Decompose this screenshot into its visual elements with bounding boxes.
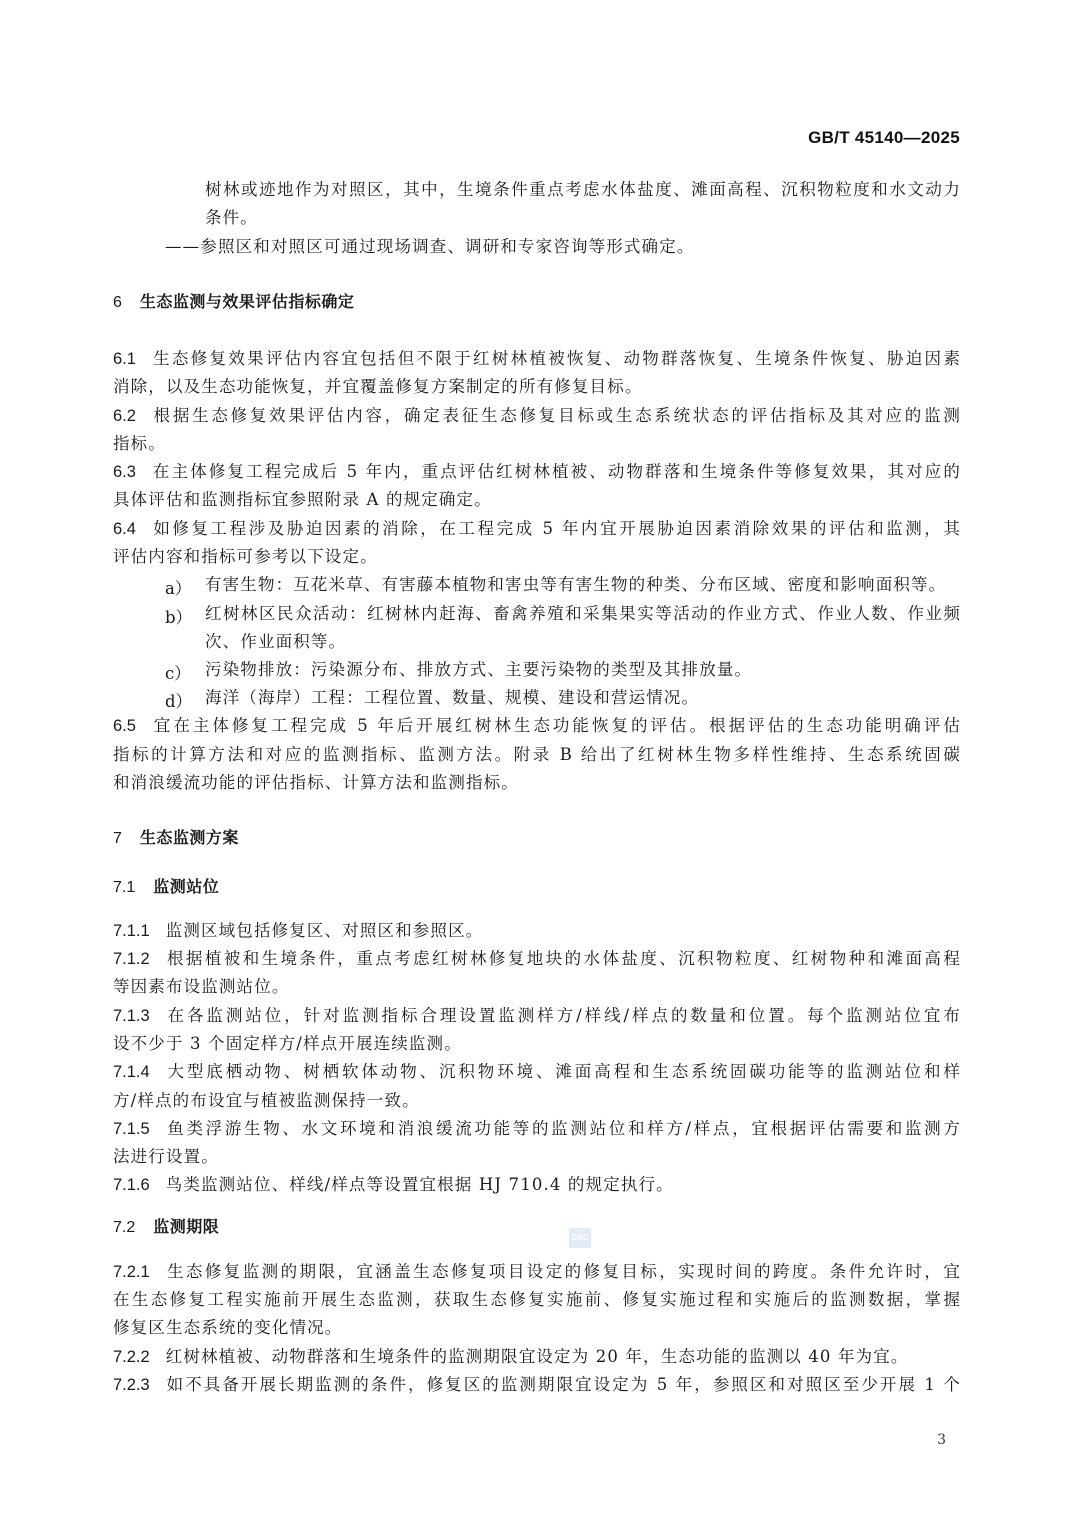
clause-number: 7.1.3 [113, 1007, 150, 1025]
section-heading: 6生态监测与效果评估指标确定 [113, 292, 354, 313]
paragraph-line: 在生态修复工程实施前开展生态监测，获取生态修复实施前、修复实施过程和实施后的监测… [113, 1290, 961, 1310]
section-number: 6 [113, 294, 122, 311]
section-title: 生态监测与效果评估指标确定 [140, 292, 355, 311]
paragraph-line: 方/样点的布设宜与植被监测保持一致。 [113, 1091, 420, 1111]
paragraph-line: 消除，以及生态功能恢复，并宜覆盖修复方案制定的所有修复目标。 [113, 377, 643, 397]
clause-6-2: 6.2根据生态修复效果评估内容，确定表征生态修复目标或生态系统状态的评估指标及其… [113, 406, 961, 426]
clause-text: 如修复工程涉及胁迫因素的消除，在工程完成 5 年内宜开展胁迫因素消除效果的评估和… [152, 519, 961, 538]
clause-7-1-4: 7.1.4大型底栖动物、树栖软体动物、沉积物环境、滩面高程和生态系统固碳功能等的… [113, 1062, 961, 1082]
subsection-heading: 7.2监测期限 [113, 1217, 219, 1238]
paragraph-line: 条件。 [205, 208, 258, 228]
clause-6-5: 6.5宜在主体修复工程完成 5 年后开展红树林生态功能恢复的评估。根据评估的生态… [113, 716, 961, 736]
list-marker: c） [165, 660, 191, 684]
clause-text: 生态修复监测的期限，宜涵盖生态修复项目设定的修复目标，实现时间的跨度。条件允许时… [166, 1262, 961, 1281]
clause-number: 6.1 [113, 350, 136, 368]
paragraph-line: 修复区生态系统的变化情况。 [113, 1318, 342, 1338]
clause-7-2-3: 7.2.3如不具备开展长期监测的条件，修复区的监测期限宜设定为 5 年，参照区和… [113, 1375, 961, 1395]
clause-6-1: 6.1生态修复效果评估内容宜包括但不限于红树林植被恢复、动物群落恢复、生境条件恢… [113, 349, 961, 369]
clause-7-2-2: 7.2.2红树林植被、动物群落和生境条件的监测期限宜设定为 20 年，生态功能的… [113, 1347, 909, 1367]
paragraph-line: 评估内容和指标可参考以下设定。 [113, 547, 378, 567]
clause-number: 7.2.1 [113, 1263, 150, 1281]
clause-text: 监测区域包括修复区、对照区和参照区。 [166, 921, 484, 940]
standard-code: GB/T 45140—2025 [808, 128, 960, 148]
clause-number: 6.5 [113, 717, 136, 735]
sac-watermark-logo: SAC [569, 1228, 591, 1248]
list-marker: a） [165, 575, 191, 599]
paragraph-line: 树林或迹地作为对照区，其中，生境条件重点考虑水体盐度、滩面高程、沉积物粒度和水文… [205, 180, 961, 200]
clause-text: 根据植被和生境条件，重点考虑红树林修复地块的水体盐度、沉积物粒度、红树物种和滩面… [166, 949, 961, 968]
document-page: GB/T 45140—2025 树林或迹地作为对照区，其中，生境条件重点考虑水体… [0, 0, 1074, 1520]
clause-text: 鱼类浮游生物、水文环境和消浪缓流功能等的监测站位和样方/样点，宜根据评估需要和监… [166, 1119, 961, 1138]
list-item-text: 污染物排放：污染源分布、排放方式、主要污染物的类型及其排放量。 [205, 660, 752, 680]
clause-text: 大型底栖动物、树栖软体动物、沉积物环境、滩面高程和生态系统固碳功能等的监测站位和… [166, 1062, 961, 1081]
clause-7-1-3: 7.1.3在各监测站位，针对监测指标合理设置监测样方/样线/样点的数量和位置。每… [113, 1006, 961, 1026]
clause-number: 7.2.3 [113, 1376, 150, 1394]
clause-7-1-1: 7.1.1监测区域包括修复区、对照区和参照区。 [113, 921, 483, 941]
dash-list-item: ——参照区和对照区可通过现场调查、调研和专家咨询等形式确定。 [165, 237, 695, 257]
section-heading: 7生态监测方案 [113, 828, 239, 849]
subsection-number: 7.1 [113, 879, 135, 896]
clause-number: 7.2.2 [113, 1348, 150, 1366]
clause-text: 如不具备开展长期监测的条件，修复区的监测期限宜设定为 5 年，参照区和对照区至少… [166, 1375, 961, 1394]
clause-6-3: 6.3在主体修复工程完成后 5 年内，重点评估红树林植被、动物群落和生境条件等修… [113, 462, 961, 482]
clause-number: 7.1.4 [113, 1063, 150, 1081]
clause-number: 7.1.6 [113, 1176, 150, 1194]
clause-7-2-1: 7.2.1生态修复监测的期限，宜涵盖生态修复项目设定的修复目标，实现时间的跨度。… [113, 1262, 961, 1282]
subsection-heading: 7.1监测站位 [113, 877, 219, 898]
paragraph-line: 等因素布设监测站位。 [113, 977, 290, 997]
list-item-text: 红树林区民众活动：红树林内赶海、畜禽养殖和采集果实等活动的作业方式、作业人数、作… [205, 604, 961, 624]
list-marker: b） [165, 604, 192, 628]
paragraph-line: 指标的计算方法和对应的监测指标、监测方法。附录 B 给出了红树林生物多样性维持、… [113, 745, 961, 765]
clause-text: 鸟类监测站位、样线/样点等设置宜根据 HJ 710.4 的规定执行。 [166, 1175, 674, 1194]
clause-number: 6.2 [113, 407, 136, 425]
clause-text: 宜在主体修复工程完成 5 年后开展红树林生态功能恢复的评估。根据评估的生态功能明… [152, 716, 961, 735]
list-marker: d） [165, 688, 192, 712]
page-number: 3 [937, 1432, 946, 1448]
paragraph-line: 和消浪缓流功能的评估指标、计算方法和监测指标。 [113, 773, 519, 793]
clause-7-1-2: 7.1.2根据植被和生境条件，重点考虑红树林修复地块的水体盐度、沉积物粒度、红树… [113, 949, 961, 969]
paragraph-line: 指标。 [113, 434, 166, 454]
subsection-number: 7.2 [113, 1219, 135, 1236]
clause-number: 6.4 [113, 520, 136, 538]
section-title: 生态监测方案 [140, 828, 239, 847]
list-item-text: 次、作业面积等。 [205, 632, 346, 652]
paragraph-line: 设不少于 3 个固定样方/样点开展连续监测。 [113, 1034, 462, 1054]
paragraph-line: 法进行设置。 [113, 1147, 219, 1167]
clause-number: 7.1.1 [113, 922, 150, 940]
paragraph-line: 具体评估和监测指标宜参照附录 A 的规定确定。 [113, 490, 492, 510]
clause-text: 在主体修复工程完成后 5 年内，重点评估红树林植被、动物群落和生境条件等修复效果… [152, 462, 961, 481]
subsection-title: 监测站位 [153, 877, 219, 896]
clause-text: 根据生态修复效果评估内容，确定表征生态修复目标或生态系统状态的评估指标及其对应的… [152, 406, 961, 425]
section-number: 7 [113, 830, 122, 847]
list-item-text: 有害生物：互花米草、有害藤本植物和害虫等有害生物的种类、分布区域、密度和影响面积… [205, 575, 946, 595]
clause-7-1-5: 7.1.5鱼类浮游生物、水文环境和消浪缓流功能等的监测站位和样方/样点，宜根据评… [113, 1119, 961, 1139]
clause-6-4: 6.4如修复工程涉及胁迫因素的消除，在工程完成 5 年内宜开展胁迫因素消除效果的… [113, 519, 961, 539]
clause-text: 红树林植被、动物群落和生境条件的监测期限宜设定为 20 年，生态功能的监测以 4… [166, 1347, 909, 1366]
clause-number: 7.1.5 [113, 1120, 150, 1138]
clause-number: 7.1.2 [113, 950, 150, 968]
clause-text: 生态修复效果评估内容宜包括但不限于红树林植被恢复、动物群落恢复、生境条件恢复、胁… [152, 349, 961, 368]
clause-7-1-6: 7.1.6鸟类监测站位、样线/样点等设置宜根据 HJ 710.4 的规定执行。 [113, 1175, 674, 1195]
subsection-title: 监测期限 [153, 1217, 219, 1236]
clause-text: 在各监测站位，针对监测指标合理设置监测样方/样线/样点的数量和位置。每个监测站位… [166, 1006, 961, 1025]
list-item-text: 海洋（海岸）工程：工程位置、数量、规模、建设和营运情况。 [205, 688, 699, 708]
clause-number: 6.3 [113, 463, 136, 481]
